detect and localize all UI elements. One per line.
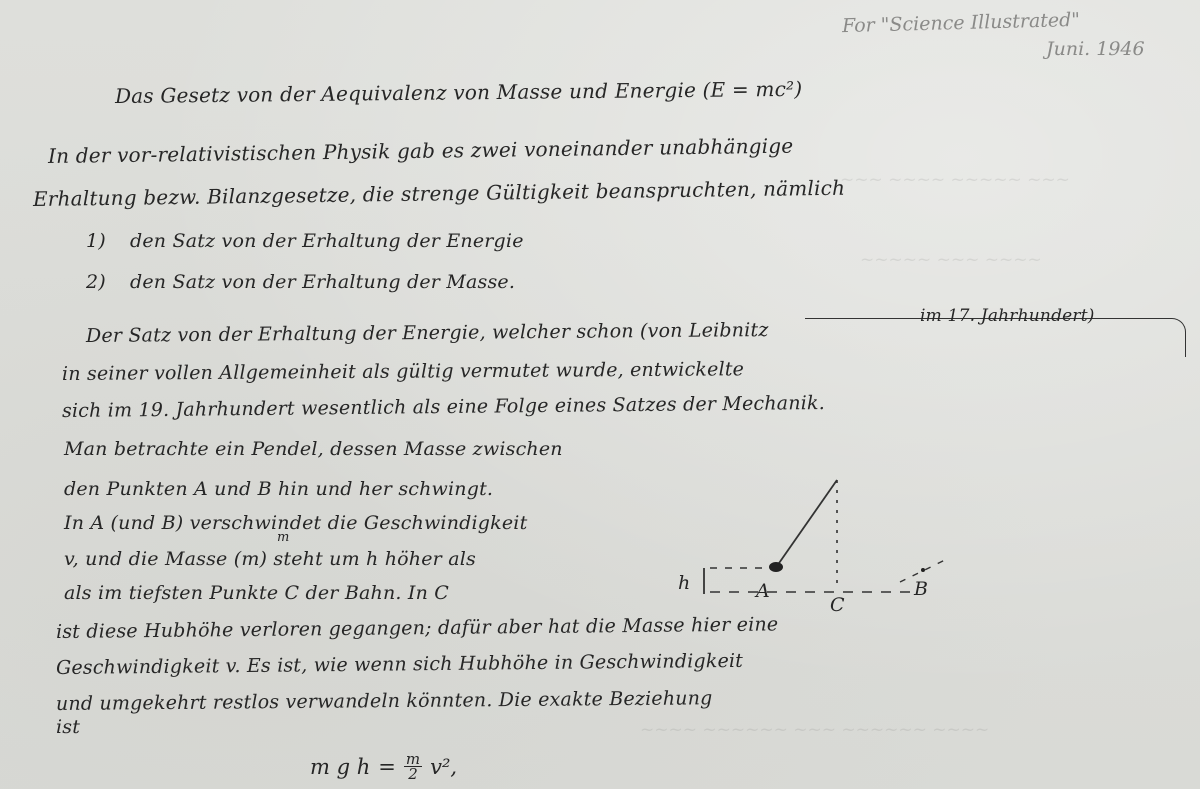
bleed-through-text: ~~~~ ~~~~~~ ~~~ ~~~~~~ ~~~~ xyxy=(640,720,989,740)
paragraph-2-line-7: v, und die Masse (m) steht um h höher al… xyxy=(64,548,476,570)
bleed-through-text: ~~~~~ ~~~ ~~~~ xyxy=(860,250,1042,270)
formula-left-side: m g h xyxy=(310,755,370,779)
diagram-label-c: C xyxy=(830,594,845,616)
pencil-annotation-date: Juni. 1946 xyxy=(1046,38,1145,60)
paragraph-2-line-11: und umgekehrt restlos verwandeln könnten… xyxy=(56,687,713,715)
fraction-denominator: 2 xyxy=(408,767,418,781)
paragraph-2-line-8: als im tiefsten Punkte C der Bahn. In C xyxy=(64,582,449,604)
bleed-through-text: ~~~ ~~~~ ~~~~~ ~~~ xyxy=(840,170,1070,190)
list-item-1-text: den Satz von der Erhaltung der Energie xyxy=(130,230,524,252)
list-item-2-text: den Satz von der Erhaltung der Masse. xyxy=(130,271,515,293)
document-title: Das Gesetz von der Aequivalenz von Masse… xyxy=(115,77,803,108)
list-item-2-number: 2) xyxy=(86,271,106,293)
superscript-mass-symbol: m xyxy=(277,530,290,545)
list-item-1-number: 1) xyxy=(86,230,106,252)
pendulum-diagram: h A C B xyxy=(660,470,960,620)
paragraph-2-line-5: den Punkten A und B hin und her schwingt… xyxy=(64,478,493,500)
diagram-label-b: B xyxy=(914,578,928,600)
paragraph-2-line-4: Man betrachte ein Pendel, dessen Masse z… xyxy=(64,438,563,460)
formula-equals: = xyxy=(378,755,396,779)
formula-right-side: v², xyxy=(430,755,457,779)
paragraph-2-line-1: Der Satz von der Erhaltung der Energie, … xyxy=(86,319,769,347)
manuscript-page: ~~~ ~~~~ ~~~~~ ~~~ ~~~~~ ~~~ ~~~~ ~~~~ ~… xyxy=(0,0,1200,789)
diagram-label-h: h xyxy=(678,572,690,594)
energy-formula: m g h = m 2 v², xyxy=(310,752,457,781)
paragraph-1-line-2: Erhaltung bezw. Bilanzgesetze, die stren… xyxy=(33,176,845,211)
paragraph-2-line-6: In A (und B) verschwindet die Geschwindi… xyxy=(64,512,527,534)
insertion-text: im 17. Jahrhundert) xyxy=(920,306,1095,326)
paragraph-2-line-12: ist xyxy=(56,716,80,738)
paragraph-2-line-10: Geschwindigkeit v. Es ist, wie wenn sich… xyxy=(56,650,743,679)
paragraph-2-line-3: sich im 19. Jahrhundert wesentlich als e… xyxy=(62,392,825,422)
paragraph-2-line-2: in seiner vollen Allgemeinheit als gülti… xyxy=(62,358,744,385)
formula-fraction: m 2 xyxy=(404,752,422,781)
diagram-label-a: A xyxy=(756,580,770,602)
pencil-annotation-publication: For "Science Illustrated" xyxy=(842,9,1081,37)
paragraph-1-line-1: In der vor-relativistischen Physik gab e… xyxy=(48,134,794,168)
